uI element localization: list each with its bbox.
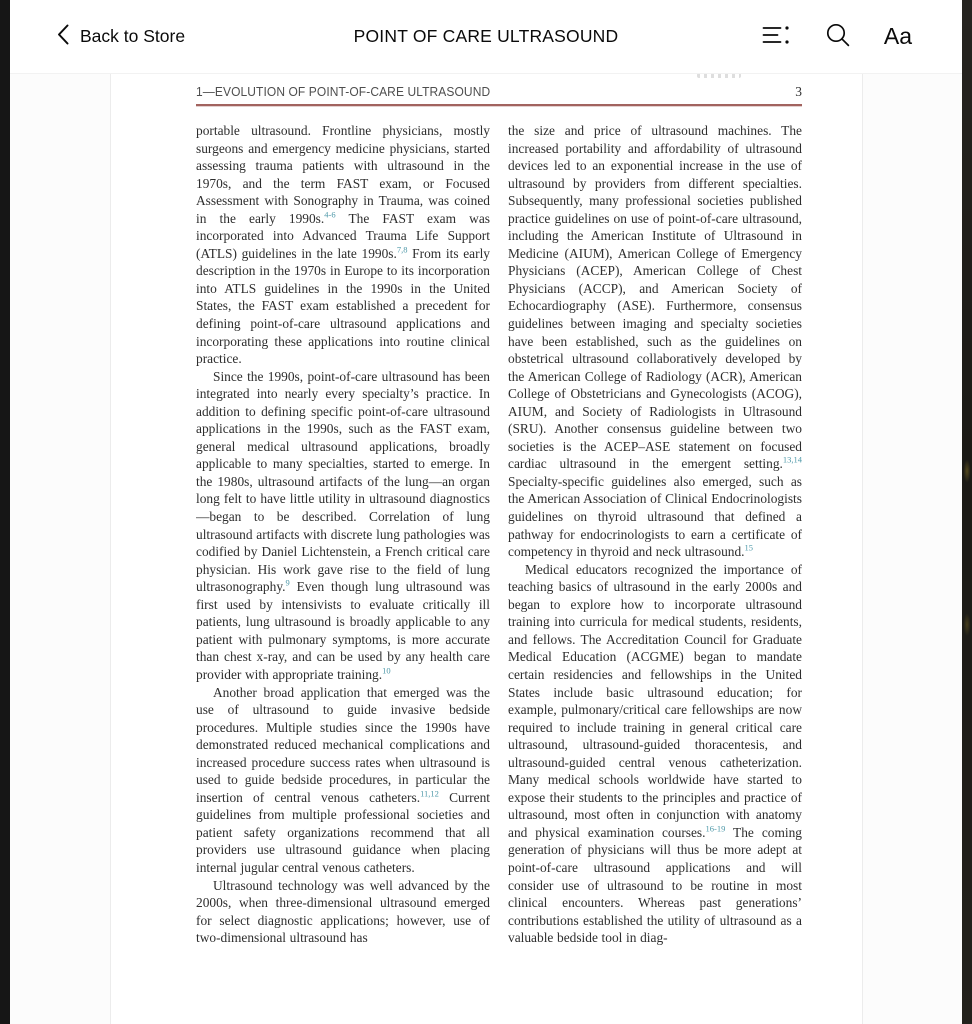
- two-column-text: portable ultrasound. Frontline physician…: [196, 122, 802, 1024]
- reference-link[interactable]: 11,12: [420, 788, 439, 798]
- paragraph: Since the 1990s, point-of-care ultrasoun…: [196, 368, 490, 684]
- reference-link[interactable]: 13,14: [783, 455, 802, 465]
- search-button[interactable]: [825, 22, 851, 51]
- book-page: 1—EVOLUTION OF POINT-OF-CARE ULTRASOUND …: [110, 73, 863, 1024]
- reference-link[interactable]: 10: [382, 665, 391, 675]
- back-to-store-button[interactable]: Back to Store: [57, 0, 185, 73]
- chevron-left-icon: [57, 24, 69, 50]
- table-of-contents-button[interactable]: [762, 24, 792, 49]
- reference-link[interactable]: 16-19: [706, 823, 726, 833]
- book-title: POINT OF CARE ULTRASOUND: [240, 0, 732, 73]
- chapter-header: 1—EVOLUTION OF POINT-OF-CARE ULTRASOUND: [196, 85, 490, 99]
- table-of-contents-icon: [762, 24, 792, 49]
- back-to-store-label: Back to Store: [80, 26, 185, 47]
- paragraph: the size and price of ultrasound machine…: [508, 122, 802, 561]
- search-icon: [825, 22, 851, 51]
- reference-link[interactable]: 4-6: [324, 209, 335, 219]
- reference-link[interactable]: 15: [745, 543, 754, 553]
- ereader-app: Back to Store POINT OF CARE ULTRASOUND: [0, 0, 972, 1024]
- reference-link[interactable]: 9: [286, 578, 290, 588]
- reference-link[interactable]: 7,8: [397, 244, 408, 254]
- page-number: 3: [795, 84, 802, 100]
- running-header: 1—EVOLUTION OF POINT-OF-CARE ULTRASOUND …: [196, 84, 802, 102]
- paragraph: Another broad application that emerged w…: [196, 684, 490, 877]
- top-navigation-bar: Back to Store POINT OF CARE ULTRASOUND: [10, 0, 962, 74]
- paragraph: Ultrasound technology was well advanced …: [196, 877, 490, 947]
- left-screen-edge: [0, 0, 10, 1024]
- appearance-settings-button[interactable]: Aa: [884, 23, 912, 50]
- chapter-rule: [196, 104, 802, 106]
- column-right: the size and price of ultrasound machine…: [508, 122, 802, 1024]
- nav-actions: Aa: [762, 0, 912, 73]
- paragraph: Medical educators recognized the importa…: [508, 561, 802, 947]
- column-left: portable ultrasound. Frontline physician…: [196, 122, 490, 1024]
- right-screen-edge: [962, 0, 972, 1024]
- paragraph: portable ultrasound. Frontline physician…: [196, 122, 490, 368]
